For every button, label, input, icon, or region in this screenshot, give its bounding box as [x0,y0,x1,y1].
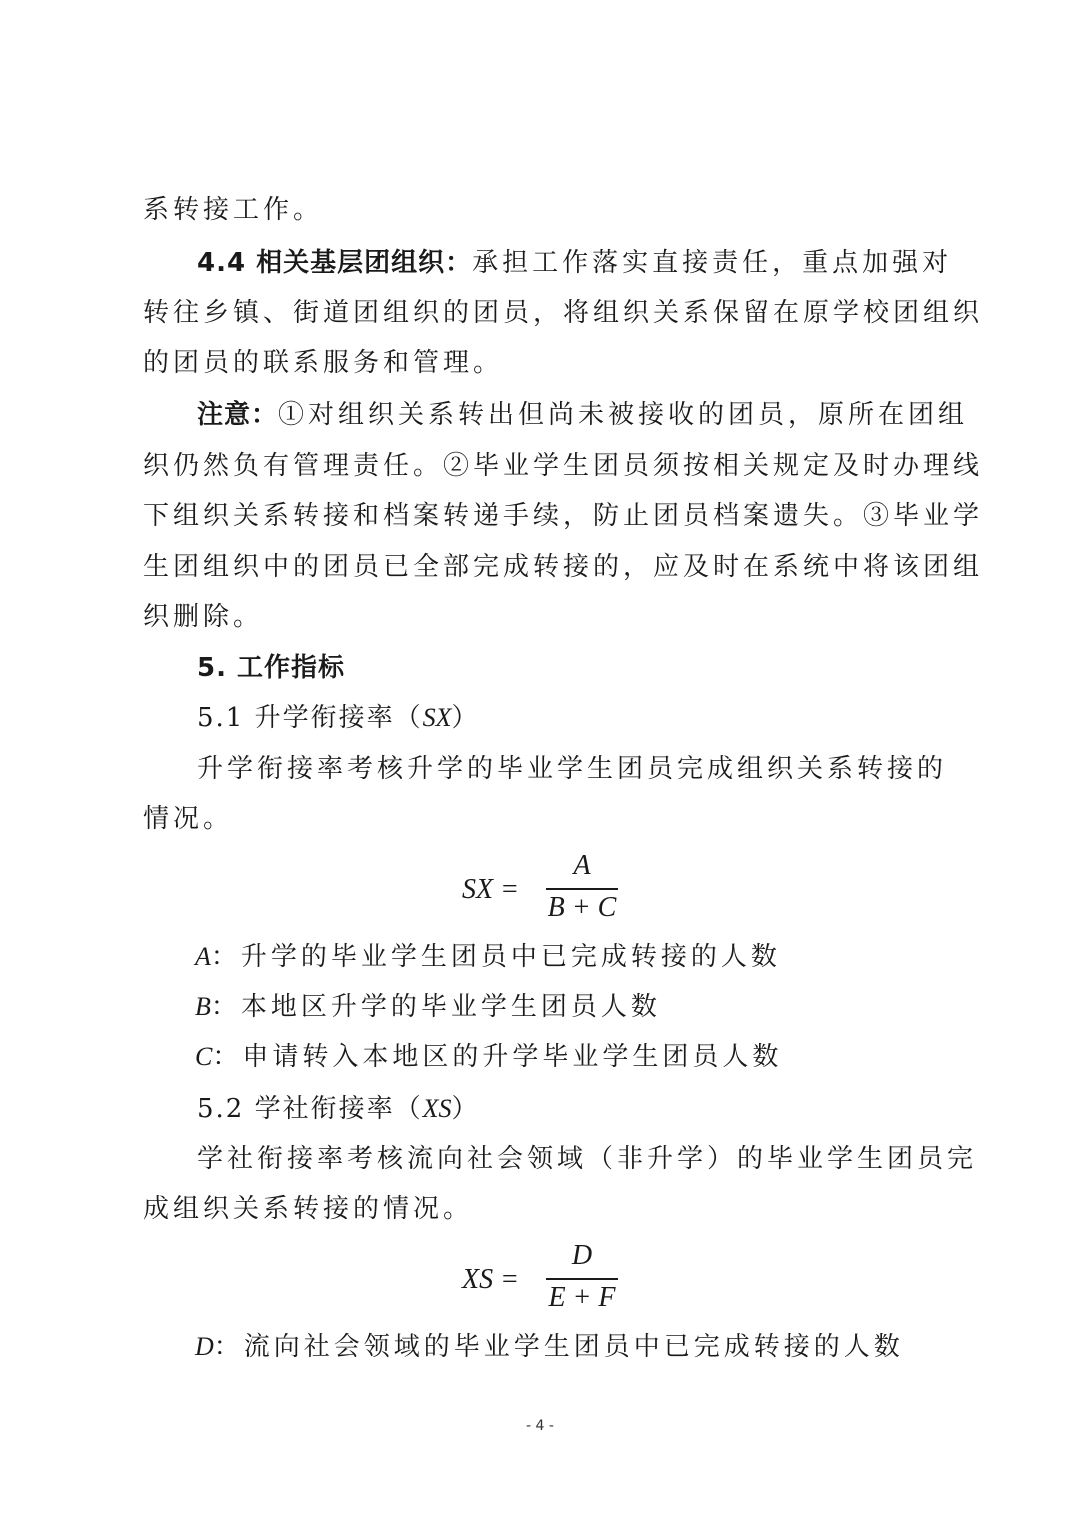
text: ：申请转入本地区的升学毕业学生团员人数 [212,1042,782,1072]
paragraph-line: 情况。 [143,804,943,834]
paragraph-line: 生团组织中的团员已全部完成转接的，应及时在系统中将该团组 [143,552,943,582]
text: ） [452,703,480,733]
text: 成组织关系转接的情况。 [143,1194,473,1224]
paragraph-line: 升学衔接率考核升学的毕业学生团员完成组织关系转接的 [197,754,997,784]
formula-xs: XS = D E + F [440,1240,640,1320]
variable-definition: A：升学的毕业学生团员中已完成转接的人数 [195,942,995,972]
paragraph-line: 成组织关系转接的情况。 [143,1194,943,1224]
variable-definition: C：申请转入本地区的升学毕业学生团员人数 [195,1042,995,1072]
text: 系转接工作。 [143,195,323,225]
text: ：流向社会领域的毕业学生团员中已完成转接的人数 [214,1332,904,1362]
text: ） [452,1094,480,1124]
paragraph-line: 下组织关系转接和档案转递手续，防止团员档案遗失。③毕业学 [143,501,943,531]
paragraph-line: 学社衔接率考核流向社会领域（非升学）的毕业学生团员完 [197,1144,997,1174]
text: 情况。 [143,804,233,834]
variable: C [195,1042,212,1071]
paragraph-line: 系转接工作。 [143,195,943,225]
subsection-heading-5-2: 5.2 学社衔接率（XS） [197,1094,997,1124]
variable-definition: B：本地区升学的毕业学生团员人数 [195,992,995,1022]
paragraph-line: 织删除。 [143,602,943,632]
subsection-heading-5-1: 5.1 升学衔接率（SX） [197,703,997,733]
text: 升学衔接率考核升学的毕业学生团员完成组织关系转接的 [197,754,947,784]
variable: A [195,942,211,971]
text: 承担工作落实直接责任，重点加强对 [472,248,952,278]
text: 转往乡镇、街道团组织的团员，将组织关系保留在原学校团组织 [143,298,983,328]
paragraph-line: 4.4 相关基层团组织：承担工作落实直接责任，重点加强对 [197,248,997,278]
variable: D [195,1332,214,1361]
formula-denominator: E + F [546,1282,618,1314]
text: 5.2 学社衔接率（ [197,1094,423,1124]
fraction-bar [546,888,618,890]
text: 下组织关系转接和档案转递手续，防止团员档案遗失。③毕业学 [143,501,983,531]
paragraph-line: 转往乡镇、街道团组织的团员，将组织关系保留在原学校团组织 [143,298,943,328]
paragraph-line: 注意：①对组织关系转出但尚未被接收的团员，原所在团组 [197,400,997,430]
formula-numerator: A [546,850,618,882]
abbr: SX [423,703,452,732]
document-page: 系转接工作。 4.4 相关基层团组织：承担工作落实直接责任，重点加强对 转往乡镇… [0,0,1080,1527]
text: ：本地区升学的毕业学生团员人数 [211,992,661,1022]
formula-denominator: B + C [546,892,618,924]
variable: B [195,992,211,1021]
text: 生团组织中的团员已全部完成转接的，应及时在系统中将该团组 [143,552,983,582]
text: 织删除。 [143,602,263,632]
section-heading-5: 5. 工作指标 [197,653,997,683]
text: 5.1 升学衔接率（ [197,703,423,733]
subsection-heading-4-4: 4.4 相关基层团组织： [197,248,472,278]
text: 学社衔接率考核流向社会领域（非升学）的毕业学生团员完 [197,1144,977,1174]
paragraph-line: 的团员的联系服务和管理。 [143,348,943,378]
variable-definition: D：流向社会领域的毕业学生团员中已完成转接的人数 [195,1332,995,1362]
formula-lhs: XS = [462,1264,519,1296]
formula-lhs: SX = [462,874,519,906]
paragraph-line: 织仍然负有管理责任。②毕业学生团员须按相关规定及时办理线 [143,451,943,481]
text: ①对组织关系转出但尚未被接收的团员，原所在团组 [278,400,968,430]
abbr: XS [423,1094,452,1123]
text: 织仍然负有管理责任。②毕业学生团员须按相关规定及时办理线 [143,451,983,481]
fraction-bar [546,1278,618,1280]
text: ：升学的毕业学生团员中已完成转接的人数 [211,942,781,972]
note-label: 注意： [197,400,278,430]
formula-numerator: D [546,1240,618,1272]
page-number: - 4 - [0,1418,1080,1434]
formula-sx: SX = A B + C [440,850,640,930]
text: 的团员的联系服务和管理。 [143,348,503,378]
